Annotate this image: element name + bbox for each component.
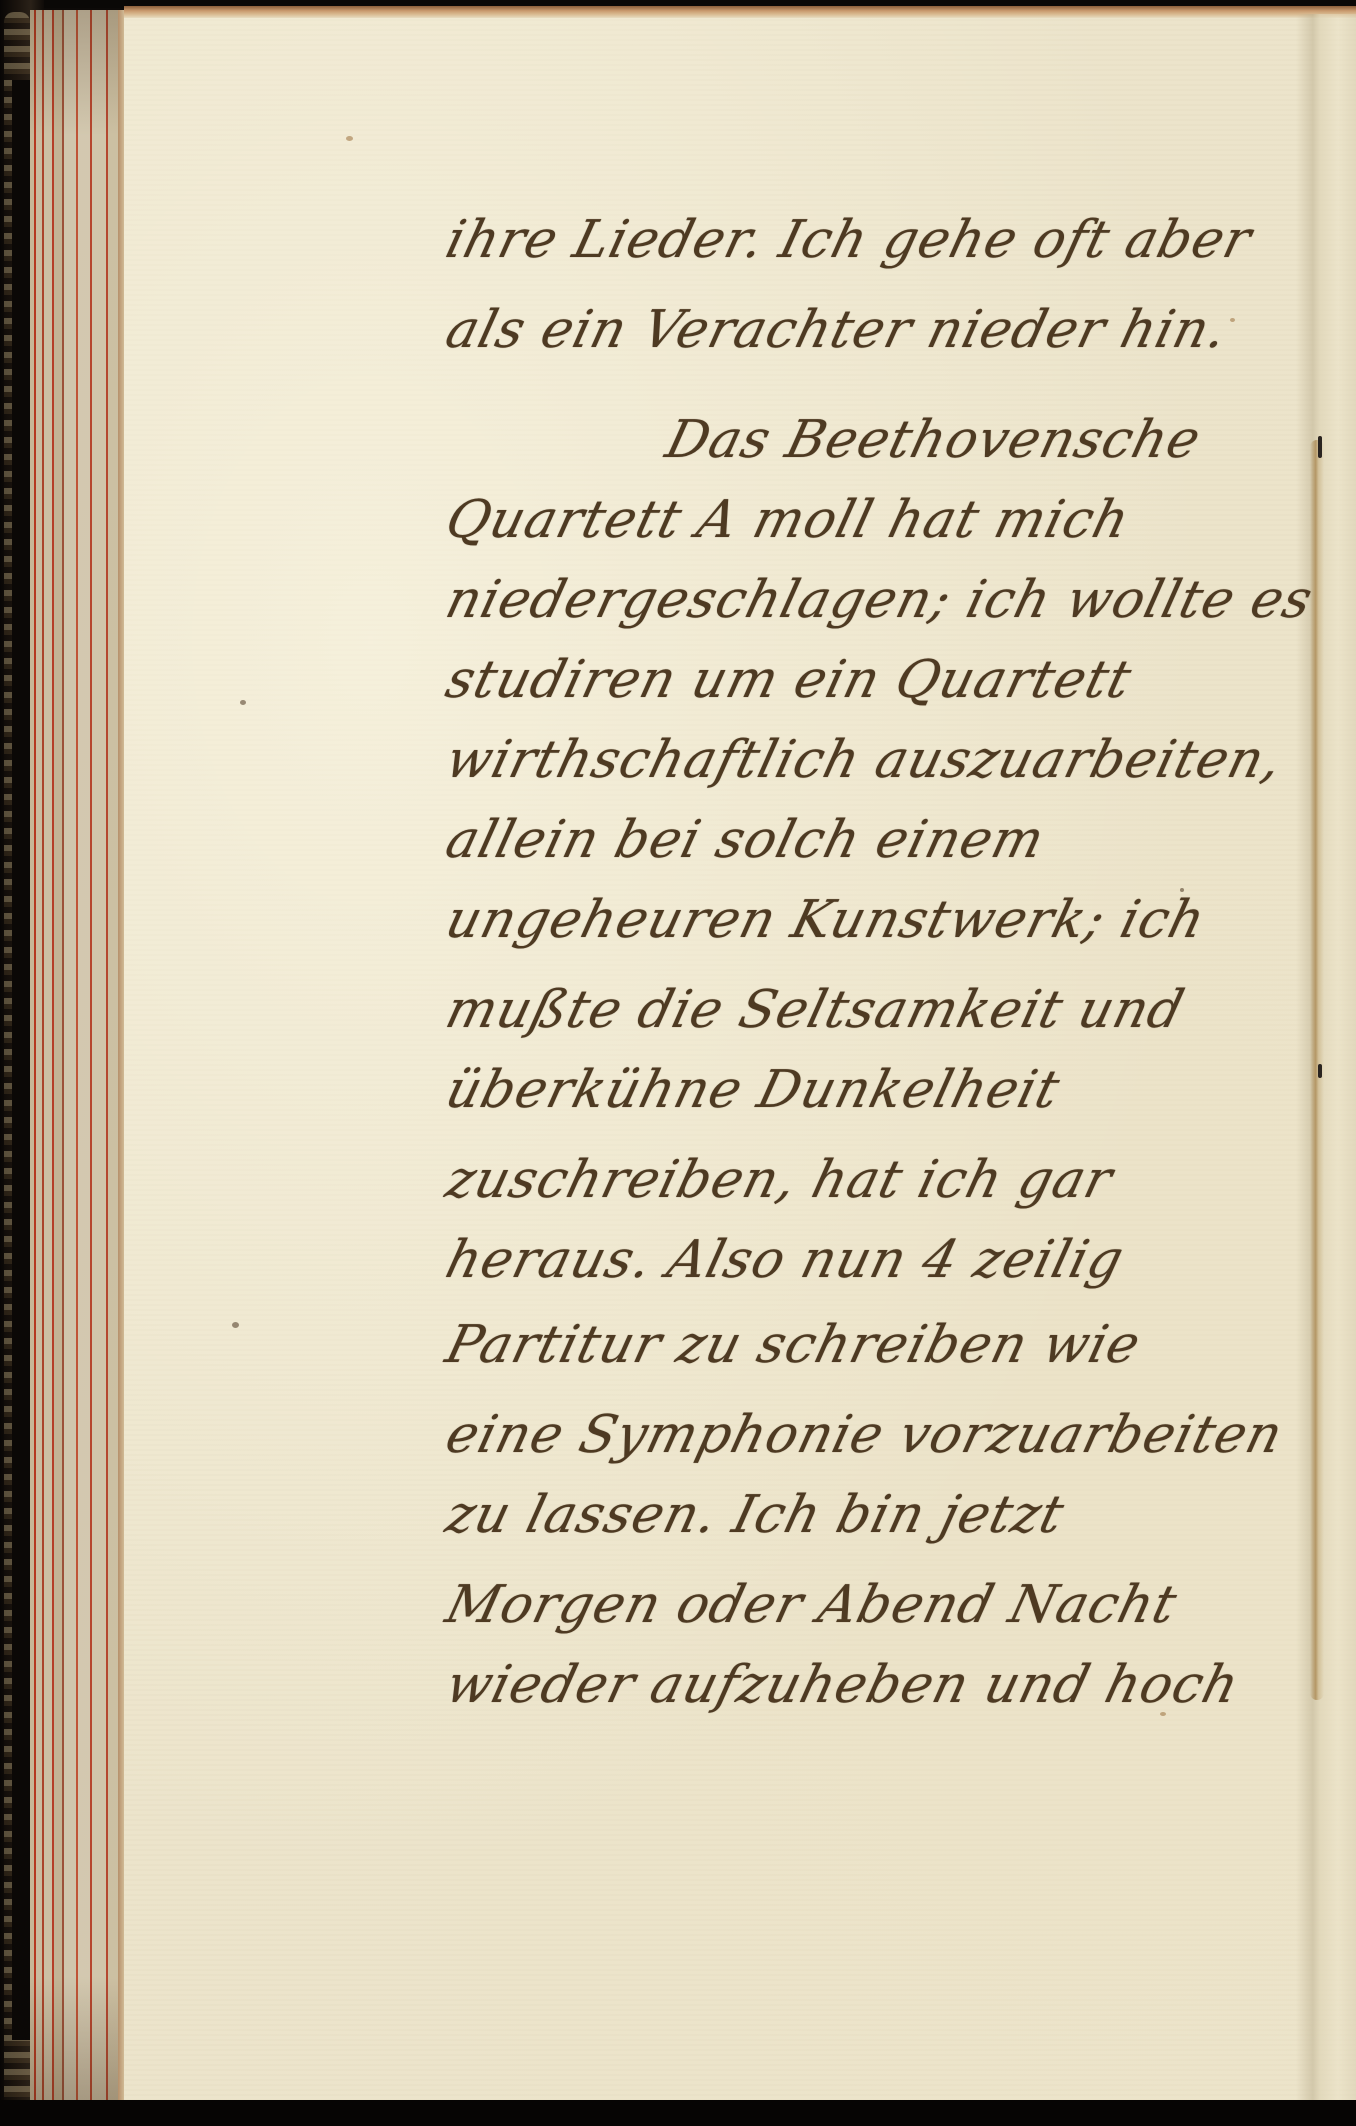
manuscript-line: zuschreiben, hat ich gar (440, 1150, 1119, 1210)
paper-speck (232, 1322, 239, 1328)
manuscript-line: niedergeschlagen; ich wollte es (440, 570, 1319, 630)
paper-speck (240, 700, 246, 705)
manuscript-line: wirthschaftlich auszuarbeiten, (440, 730, 1289, 790)
bottom-shadow (0, 2100, 1356, 2126)
manuscript-line-heading: Das Beethovensche (660, 410, 1207, 470)
manuscript-line: allein bei solch einem (440, 810, 1051, 870)
manuscript-line: heraus. Also nun 4 zeilig (440, 1230, 1130, 1290)
manuscript-line: als ein Verachter nieder hin. (440, 300, 1234, 360)
manuscript-line: wieder aufzuheben und hoch (440, 1655, 1246, 1715)
binding-thread-upper (1318, 436, 1322, 458)
manuscript-line: studiren um ein Quartett (440, 650, 1138, 710)
manuscript-line: ungeheuren Kunstwerk; ich (440, 890, 1212, 950)
gutter-fold (1296, 14, 1356, 2102)
binding-thread-lower (1318, 1064, 1322, 1078)
manuscript-line: zu lassen. Ich bin jetzt (440, 1485, 1070, 1545)
manuscript-line: Partitur zu schreiben wie (440, 1315, 1147, 1375)
page-stack-shade (30, 10, 126, 2102)
paper-speck (1230, 318, 1235, 322)
manuscript-line: eine Symphonie vorzuarbeiten (440, 1405, 1289, 1465)
page-top-edge (124, 6, 1356, 18)
manuscript-line: mußte die Seltsamkeit und (440, 980, 1190, 1040)
manuscript-line: ihre Lieder. Ich gehe oft aber (440, 210, 1258, 270)
manuscript-scan: ihre Lieder. Ich gehe oft aber als ein V… (0, 0, 1356, 2126)
manuscript-line: Morgen oder Abend Nacht (440, 1575, 1183, 1635)
manuscript-line: Quartett A moll hat mich (440, 490, 1136, 550)
manuscript-line: überkühne Dunkelheit (440, 1060, 1066, 1120)
paper-speck (346, 136, 353, 141)
